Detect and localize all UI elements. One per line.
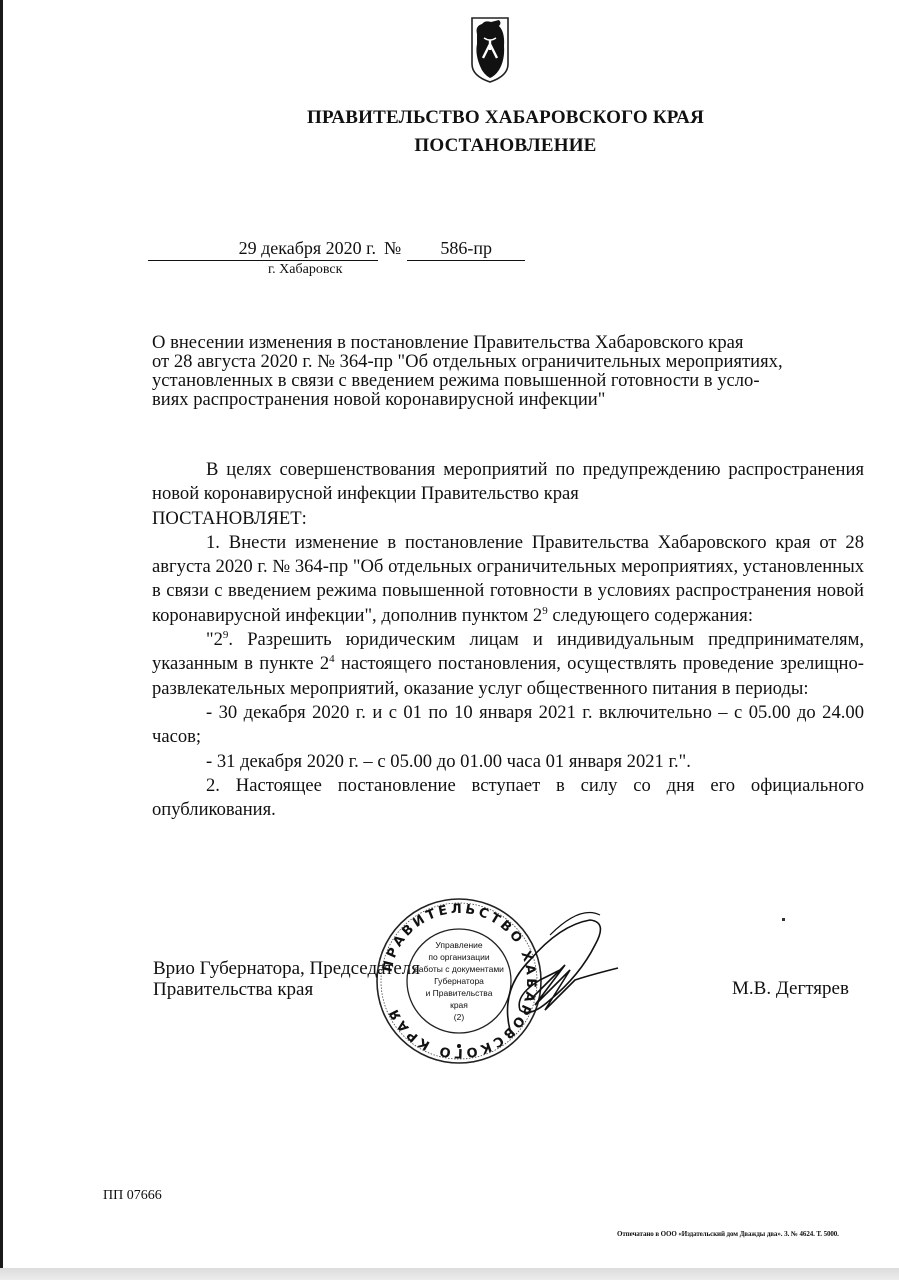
- subject-line: от 28 августа 2020 г. № 364-пр "Об отдел…: [152, 352, 864, 371]
- svg-text:по организации: по организации: [428, 952, 489, 962]
- subject-line: О внесении изменения в постановление Пра…: [152, 333, 864, 352]
- svg-text:Губернатора: Губернатора: [434, 976, 484, 986]
- printer-imprint: Отпечатано в ООО «Издательский дом Дважд…: [617, 1230, 839, 1238]
- document-number: 586-пр: [407, 238, 525, 261]
- subject-line: виях распространения новой коронавирусно…: [152, 390, 864, 409]
- period-2: - 31 декабря 2020 г. – с 05.00 до 01.00 …: [152, 750, 864, 774]
- document-city: г. Хабаровск: [268, 262, 342, 278]
- document-date: 29 декабря 2020 г.: [148, 238, 378, 261]
- preamble: В целях совершенствования мероприятий по…: [152, 458, 864, 507]
- item-1-tail: следующего содержания:: [548, 605, 753, 626]
- quoted-clause: "29. Разрешить юридическим лицам и индив…: [152, 628, 864, 701]
- item-2: 2. Настоящее постановление вступает в си…: [152, 774, 864, 823]
- handwritten-signature: [490, 900, 620, 1040]
- period-1: - 30 декабря 2020 г. и с 01 по 10 января…: [152, 701, 864, 750]
- document-body: В целях совершенствования мероприятий по…: [152, 458, 864, 822]
- registration-line: 29 декабря 2020 г.№586-пр: [148, 238, 525, 261]
- number-sign: №: [384, 238, 401, 258]
- page-bottom-shadow: [0, 1268, 899, 1280]
- resolves-word: ПОСТАНОВЛЯЕТ:: [152, 507, 864, 531]
- document-code: ПП 07666: [103, 1188, 162, 1204]
- item-1-text: 1. Внести изменение в постановление Прав…: [152, 532, 864, 626]
- quote-number: "2: [206, 629, 223, 650]
- svg-text:края: края: [450, 1000, 468, 1010]
- item-1: 1. Внести изменение в постановление Прав…: [152, 531, 864, 628]
- svg-text:и Правительства: и Правительства: [426, 988, 493, 998]
- page-edge: [0, 0, 3, 1268]
- document-type: ПОСТАНОВЛЕНИЕ: [56, 135, 899, 157]
- document-subject: О внесении изменения в постановление Пра…: [152, 333, 864, 409]
- subject-line: установленных в связи с введением режима…: [152, 371, 864, 390]
- signatory-name: М.В. Дегтярев: [732, 978, 849, 1000]
- svg-text:(2): (2): [454, 1012, 465, 1022]
- coat-of-arms-icon: [469, 14, 511, 84]
- svg-text:Управление: Управление: [435, 940, 483, 950]
- government-name: ПРАВИТЕЛЬСТВО ХАБАРОВСКОГО КРАЯ: [56, 107, 899, 129]
- scan-speck: [782, 918, 785, 921]
